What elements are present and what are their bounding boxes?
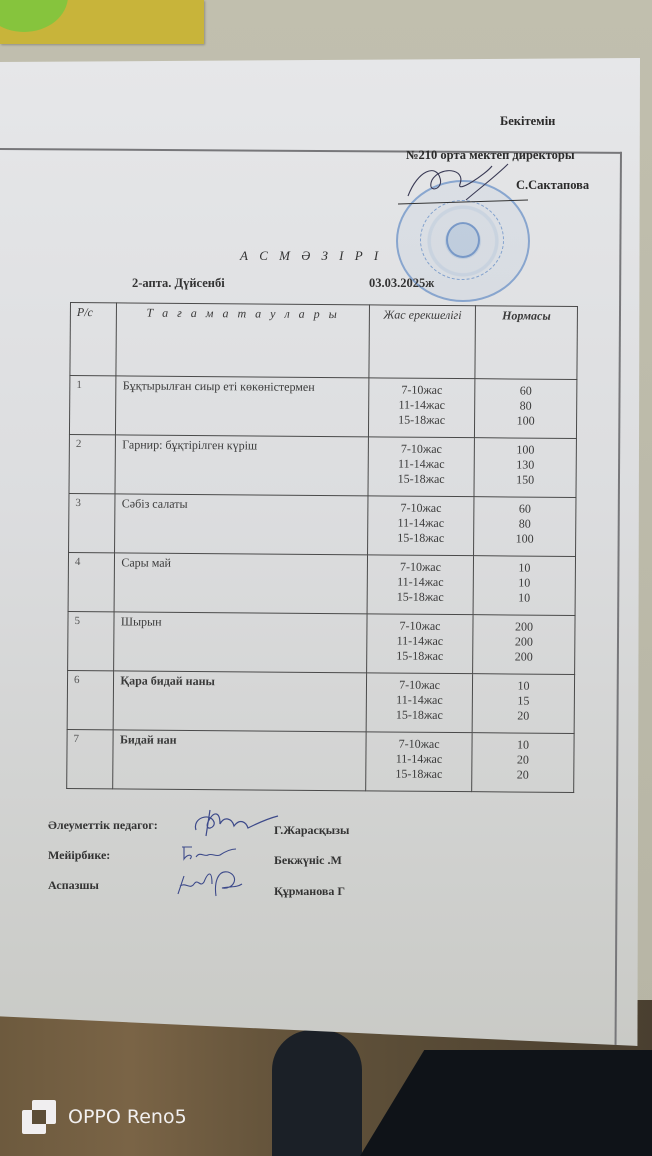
shoe-shadow bbox=[272, 1030, 362, 1156]
table-row: 3Сәбіз салаты7-10жас11-14жас15-18жас6080… bbox=[69, 493, 576, 556]
norm-values: 6080100 bbox=[474, 497, 576, 557]
header-age-group: Жас ерекшелігі bbox=[369, 305, 476, 379]
norm-value: 100 bbox=[481, 442, 570, 458]
age-group: 11-14жас bbox=[373, 692, 466, 708]
norm-value: 10 bbox=[480, 560, 569, 576]
age-group: 11-14жас bbox=[373, 633, 466, 649]
norm-values: 100130150 bbox=[474, 438, 576, 498]
cook-name: Құрманова Г bbox=[274, 884, 345, 899]
row-number: 7 bbox=[67, 729, 114, 788]
nurse-name: Бекжүніс .М bbox=[274, 853, 342, 868]
cook-label: Аспазшы bbox=[48, 878, 99, 893]
row-number: 2 bbox=[69, 434, 116, 493]
camera-model-text: OPPO Reno5 bbox=[68, 1106, 187, 1128]
norm-value: 60 bbox=[481, 383, 570, 399]
age-group: 15-18жас bbox=[373, 707, 466, 723]
age-group: 7-10жас bbox=[375, 441, 468, 457]
age-group: 11-14жас bbox=[374, 515, 467, 531]
age-group: 11-14жас bbox=[374, 574, 467, 590]
norm-value: 10 bbox=[479, 737, 568, 753]
oppo-camera-logo-icon bbox=[22, 1100, 56, 1134]
norm-value: 20 bbox=[478, 767, 567, 783]
age-group: 15-18жас bbox=[374, 530, 467, 546]
menu-document: Бекітемін №210 орта мектеп директоры С.С… bbox=[0, 0, 652, 1000]
norm-value: 10 bbox=[480, 575, 569, 591]
norm-value: 60 bbox=[480, 501, 569, 517]
row-number: 5 bbox=[68, 611, 115, 670]
norm-value: 100 bbox=[480, 531, 569, 547]
age-group: 15-18жас bbox=[375, 471, 468, 487]
age-group: 11-14жас bbox=[375, 456, 468, 472]
row-number: 4 bbox=[68, 552, 115, 611]
social-pedagogue-signature-icon bbox=[190, 808, 280, 838]
stamp-emblem-icon bbox=[446, 222, 480, 258]
table-row: 7Бидай нан7-10жас11-14жас15-18жас102020 bbox=[67, 729, 574, 792]
director-signature-icon bbox=[396, 160, 536, 210]
norm-value: 100 bbox=[481, 413, 570, 429]
norm-values: 101010 bbox=[473, 556, 575, 616]
approval-heading: Бекітемін bbox=[500, 114, 555, 129]
age-groups: 7-10жас11-14жас15-18жас bbox=[366, 732, 472, 792]
age-group: 7-10жас bbox=[374, 500, 467, 516]
dish-name: Қара бидай наны bbox=[114, 671, 367, 732]
age-group: 15-18жас bbox=[375, 412, 468, 428]
age-group: 15-18жас bbox=[374, 589, 467, 605]
age-group: 7-10жас bbox=[374, 618, 467, 634]
age-groups: 7-10жас11-14жас15-18жас bbox=[367, 555, 473, 615]
table-header-row: Р/с Т а ғ а м а т а у л а р ы Жас ерекше… bbox=[70, 303, 578, 380]
age-groups: 7-10жас11-14жас15-18жас bbox=[368, 437, 474, 497]
age-groups: 7-10жас11-14жас15-18жас bbox=[367, 614, 473, 674]
dish-name: Сәбіз салаты bbox=[115, 494, 368, 555]
norm-value: 20 bbox=[479, 708, 568, 724]
row-number: 3 bbox=[69, 493, 116, 552]
age-group: 15-18жас bbox=[372, 766, 465, 782]
dish-name: Бидай нан bbox=[113, 730, 366, 791]
norm-value: 150 bbox=[481, 472, 570, 488]
document-date: 03.03.2025ж bbox=[369, 276, 434, 291]
table-row: 1Бұқтырылған сиыр еті көкөністермен7-10ж… bbox=[69, 376, 576, 439]
dish-name: Бұқтырылған сиыр еті көкөністермен bbox=[116, 376, 369, 437]
age-group: 7-10жас bbox=[373, 677, 466, 693]
row-number: 1 bbox=[69, 376, 116, 435]
norm-value: 80 bbox=[480, 516, 569, 532]
age-group: 7-10жас bbox=[375, 382, 468, 398]
header-norm: Нормасы bbox=[475, 306, 578, 380]
age-group: 7-10жас bbox=[373, 736, 466, 752]
age-group: 11-14жас bbox=[372, 751, 465, 767]
dish-name: Сары май bbox=[114, 553, 367, 614]
dish-name: Шырын bbox=[114, 612, 367, 673]
age-group: 15-18жас bbox=[373, 648, 466, 664]
norm-values: 101520 bbox=[472, 674, 574, 734]
norm-value: 200 bbox=[479, 619, 568, 635]
norm-value: 200 bbox=[479, 634, 568, 650]
table-row: 4Сары май7-10жас11-14жас15-18жас101010 bbox=[68, 552, 575, 615]
norm-value: 200 bbox=[479, 649, 568, 665]
table-row: 2Гарнир: бұқтірілген күріш7-10жас11-14жа… bbox=[69, 434, 576, 497]
header-dish-name: Т а ғ а м а т а у л а р ы bbox=[116, 303, 369, 378]
norm-value: 10 bbox=[480, 590, 569, 606]
nurse-label: Мейірбике: bbox=[48, 848, 110, 863]
age-groups: 7-10жас11-14жас15-18жас bbox=[366, 673, 472, 733]
norm-value: 15 bbox=[479, 693, 568, 709]
norm-values: 200200200 bbox=[473, 615, 575, 675]
norm-values: 102020 bbox=[472, 733, 574, 793]
table-row: 5Шырын7-10жас11-14жас15-18жас200200200 bbox=[68, 611, 575, 674]
age-group: 11-14жас bbox=[375, 397, 468, 413]
menu-table: Р/с Т а ғ а м а т а у л а р ы Жас ерекше… bbox=[66, 302, 578, 793]
social-pedagogue-label: Әлеуметтік педагог: bbox=[48, 818, 158, 833]
social-pedagogue-name: Г.Жарасқызы bbox=[274, 823, 349, 838]
header-number: Р/с bbox=[70, 303, 117, 376]
nurse-signature-icon bbox=[178, 843, 238, 863]
norm-value: 80 bbox=[481, 398, 570, 414]
cook-signature-icon bbox=[174, 866, 244, 900]
age-groups: 7-10жас11-14жас15-18жас bbox=[369, 378, 475, 438]
week-day-label: 2-апта. Дүйсенбі bbox=[132, 276, 225, 291]
row-number: 6 bbox=[67, 670, 114, 729]
age-groups: 7-10жас11-14жас15-18жас bbox=[368, 496, 474, 556]
norm-value: 20 bbox=[478, 752, 567, 768]
table-row: 6Қара бидай наны7-10жас11-14жас15-18жас1… bbox=[67, 670, 574, 733]
age-group: 7-10жас bbox=[374, 559, 467, 575]
dish-name: Гарнир: бұқтірілген күріш bbox=[115, 435, 368, 496]
norm-value: 130 bbox=[481, 457, 570, 473]
camera-watermark: OPPO Reno5 bbox=[22, 1100, 187, 1134]
norm-values: 6080100 bbox=[474, 379, 576, 439]
document-title: А С М Ә З І Р І bbox=[240, 248, 382, 264]
norm-value: 10 bbox=[479, 678, 568, 694]
